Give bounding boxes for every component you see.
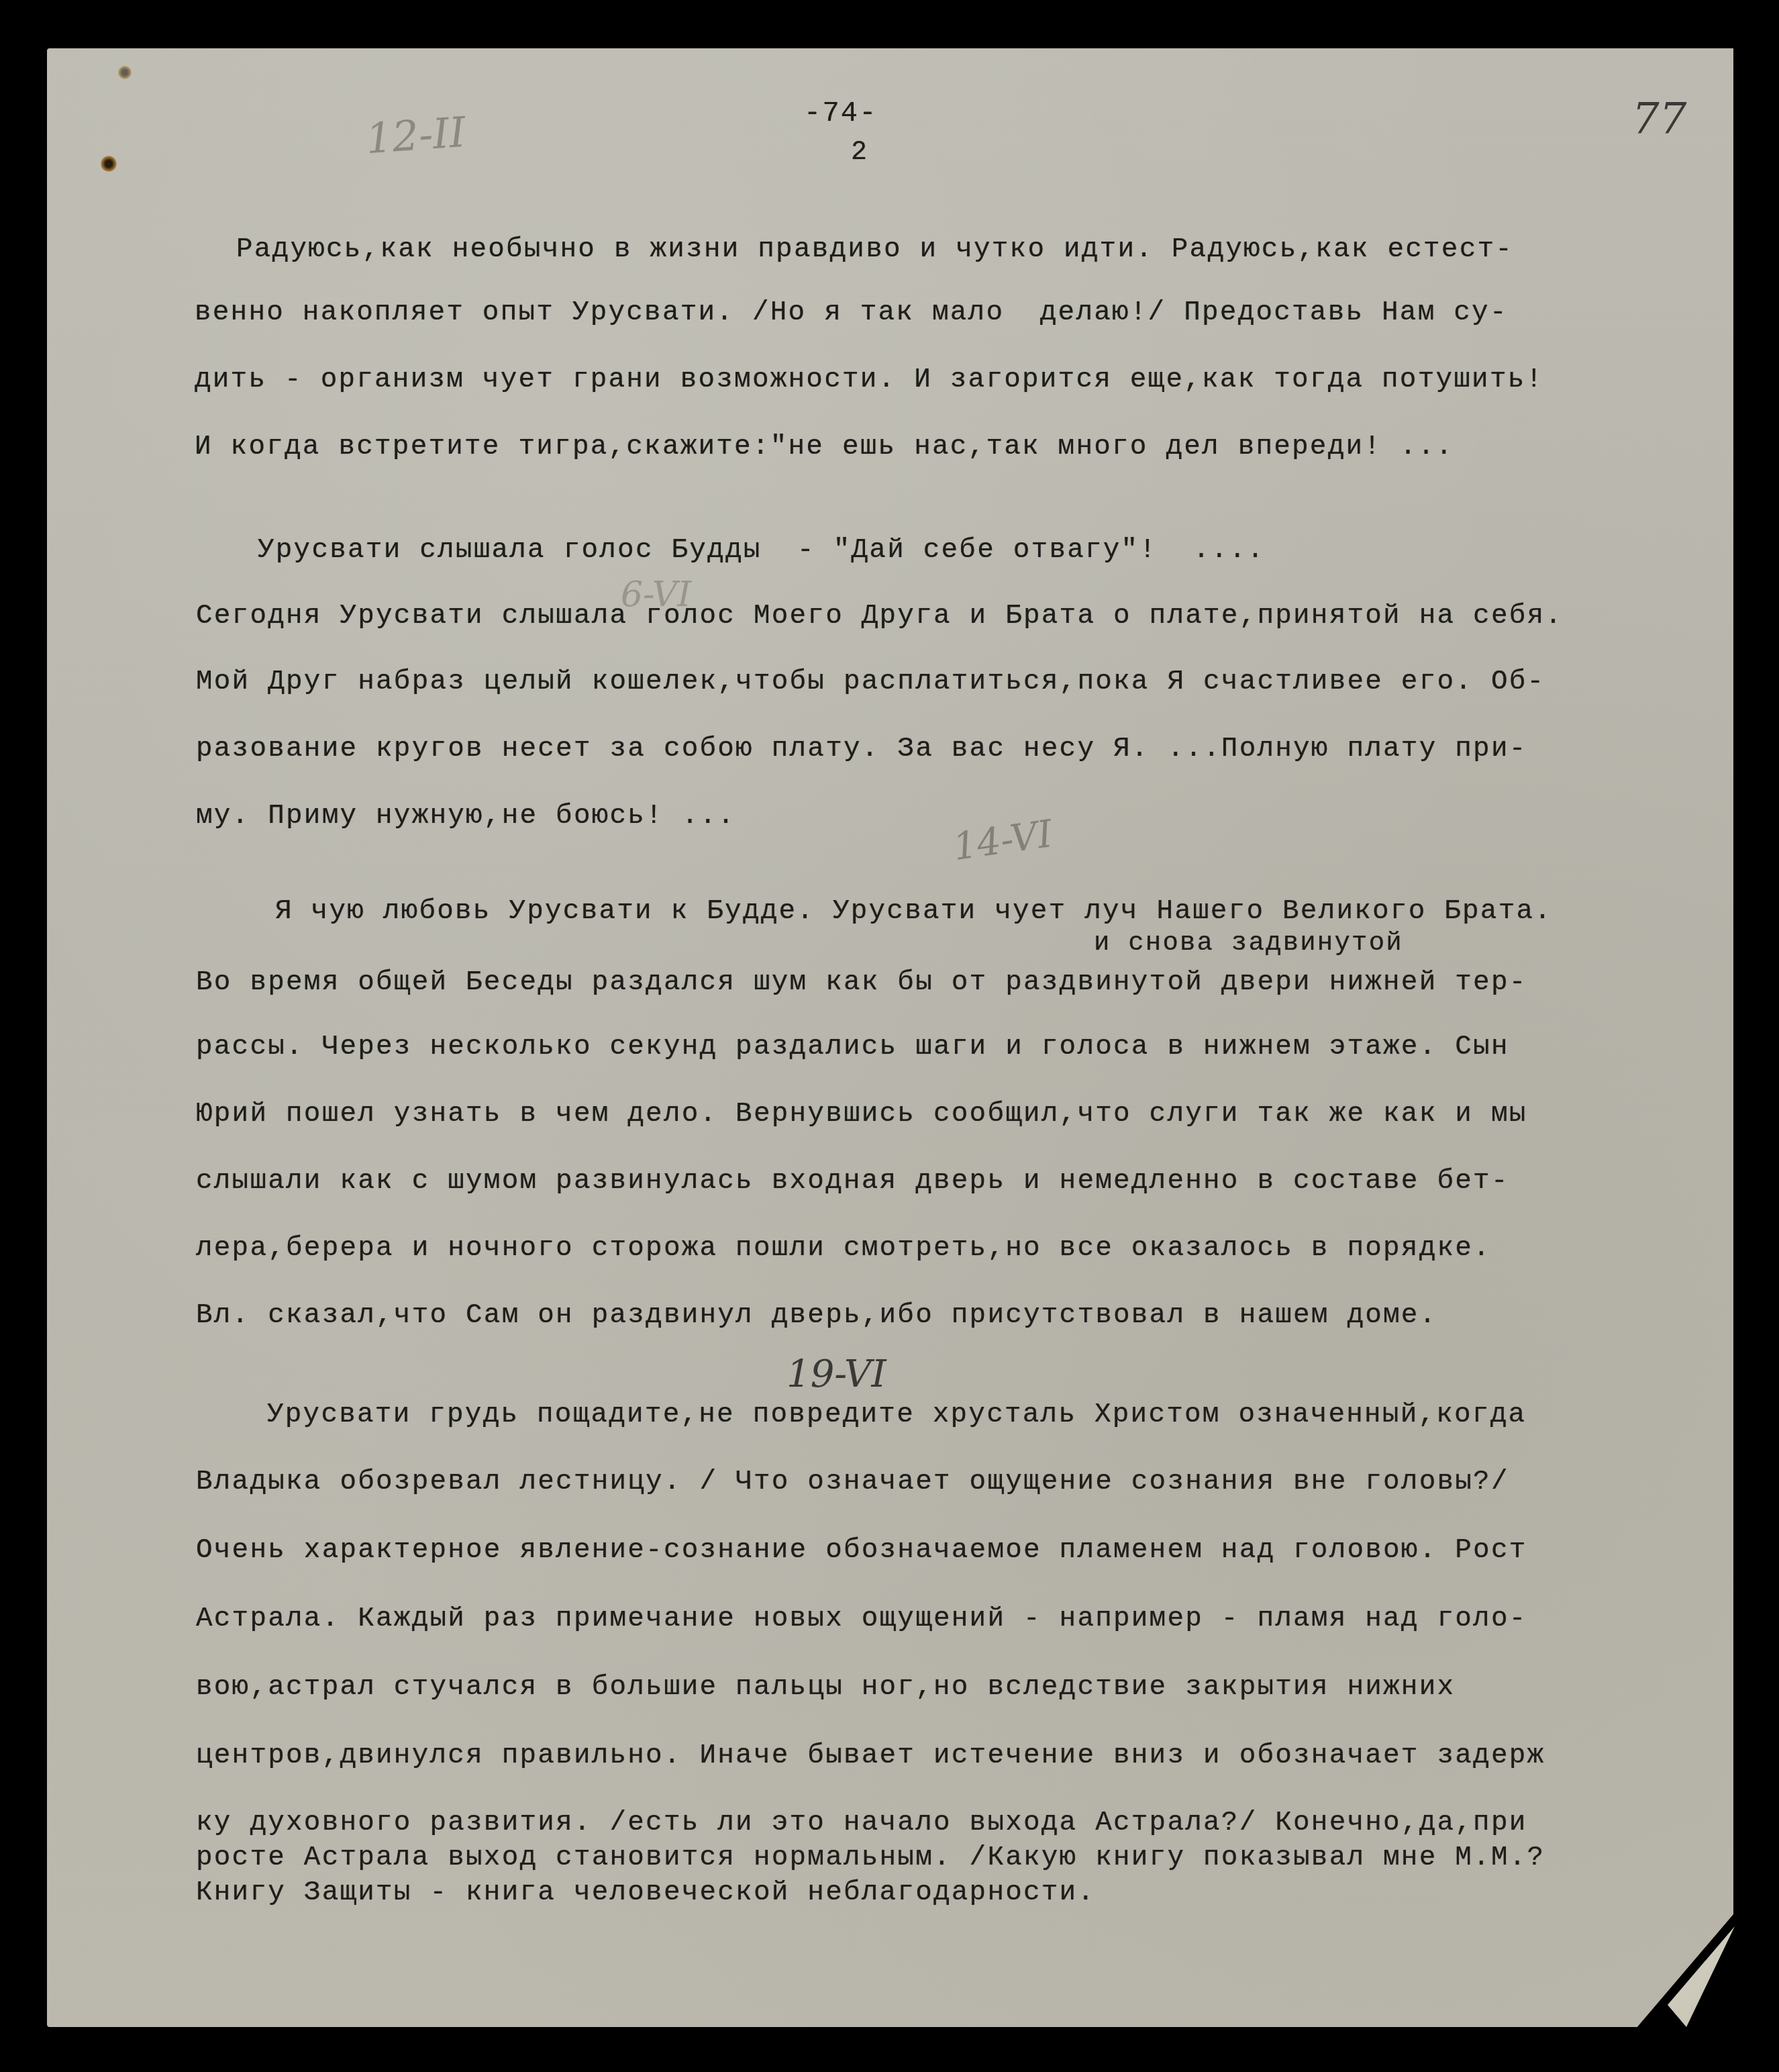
p4-line3: Очень характерное явление-сознание обозн… (196, 1537, 1527, 1565)
p3-line4: Юрий пошел узнать в чем дело. Вернувшись… (196, 1101, 1527, 1128)
p1-line3: дить - организм чует грани возможности. … (195, 366, 1543, 394)
p4-line2: Владыка обозревал лестницу. / Что означа… (196, 1469, 1509, 1496)
p2-line1: Урусвати слышала голос Будды - "Дай себе… (258, 537, 1265, 564)
p3-line6: лера,берера и ночного сторожа пошли смот… (196, 1235, 1491, 1263)
page-number: -74- (804, 99, 878, 128)
p4-line5: вою,астрал стучался в большие пальцы ног… (196, 1674, 1455, 1701)
p3-interlinear-insert: и снова задвинутой (1094, 930, 1403, 956)
p3-line3: рассы. Через несколько секунд раздались … (196, 1034, 1509, 1061)
p4-line1: Урусвати грудь пощадите,не повредите хру… (267, 1401, 1526, 1429)
p3-line5: слышали как с шумом развинулась входная … (196, 1168, 1509, 1195)
p1-line1: Радуюсь,как необычно в жизни правдиво и … (236, 236, 1513, 264)
p2-line4: разование кругов несет за собою плату. З… (196, 736, 1527, 763)
p3-line7: Вл. сказал,что Сам он раздвинул дверь,иб… (196, 1302, 1437, 1330)
p1-line4: И когда встретите тигра,скажите:"не ешь … (195, 434, 1454, 461)
p3-line1: Я чую любовь Урусвати к Будде. Урусвати … (275, 898, 1552, 926)
p3-line2: Во время общей Беседы раздался шум как б… (196, 969, 1527, 997)
pencil-note-top-left: 12-II (364, 107, 468, 163)
page-subnumber: 2 (851, 140, 868, 166)
p1-line2: венно накопляет опыт Урусвати. /Но я так… (195, 299, 1508, 327)
p4-line8: росте Астрала выход становится нормальны… (196, 1844, 1545, 1872)
punch-hole-left (101, 156, 117, 172)
handwritten-date-19-vi: 19-VI (786, 1352, 886, 1396)
p4-line7: ку духовного развития. /есть ли это нача… (196, 1810, 1527, 1837)
p4-line9: Книгу Защиты - книга человеческой неблаг… (196, 1879, 1095, 1907)
punch-hole-top (118, 66, 132, 79)
p2-line5: му. Приму нужную,не боюсь! ... (196, 803, 735, 830)
folio-number: 77 (1632, 94, 1686, 144)
p4-line4: Астрала. Каждый раз примечание новых ощу… (196, 1606, 1527, 1633)
p4-line6: центров,двинулся правильно. Иначе бывает… (196, 1742, 1545, 1770)
p2-line2: Сегодня Урусвати слышала голос Моего Дру… (196, 603, 1563, 630)
p2-line3: Мой Друг набраз целый кошелек,чтобы расп… (196, 669, 1545, 696)
